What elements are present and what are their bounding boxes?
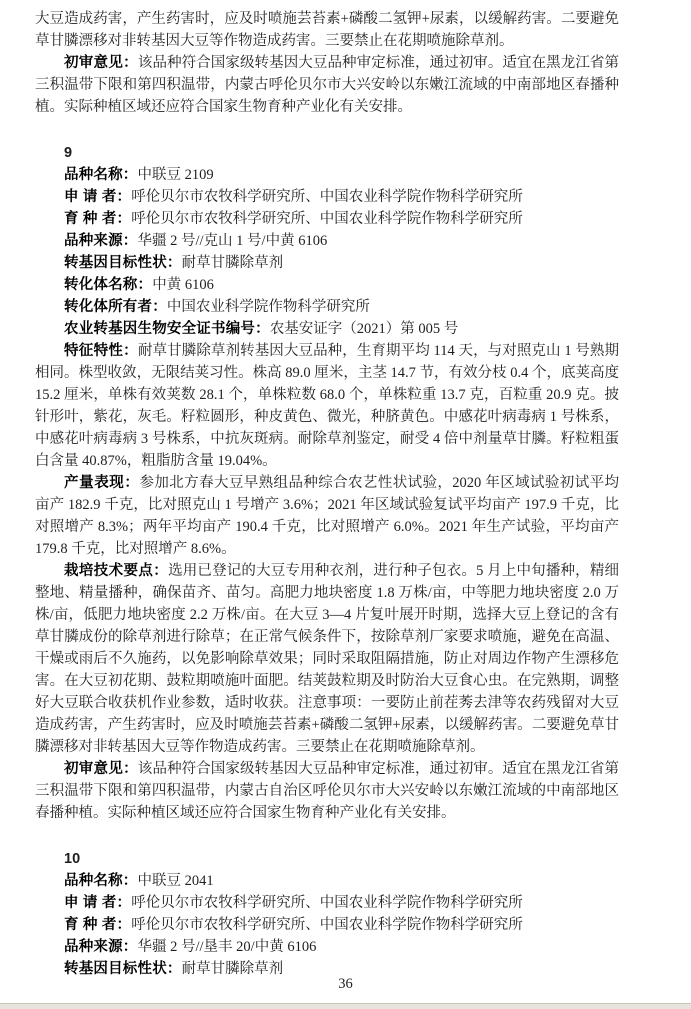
initial-review-paragraph: 初审意见：该品种符合国家级转基因大豆品种审定标准，通过初审。适宜在黑龙江省第三积… bbox=[35, 52, 619, 118]
field-biosafety-certificate-number: 农业转基因生物安全证书编号：农基安证字（2021）第 005 号 bbox=[64, 318, 619, 340]
field-breeder: 育 种 者：呼伦贝尔市农牧科学研究所、中国农业科学院作物科学研究所 bbox=[64, 914, 619, 936]
entry-number: 10 bbox=[64, 848, 619, 870]
field-applicant: 申 请 者：呼伦贝尔市农牧科学研究所、中国农业科学院作物科学研究所 bbox=[64, 892, 619, 914]
field-value: 农基安证字（2021）第 005 号 bbox=[270, 321, 459, 337]
paragraph-characteristics: 特征特性：耐草甘膦除草剂转基因大豆品种，生育期平均 114 天，与对照克山 1 … bbox=[35, 340, 619, 472]
field-label: 转化体名称： bbox=[64, 277, 152, 293]
field-value: 呼伦贝尔市农牧科学研究所、中国农业科学院作物科学研究所 bbox=[131, 917, 523, 933]
field-variety-source: 品种来源：华疆 2 号//垦丰 20/中黄 6106 bbox=[64, 936, 619, 958]
field-variety-source: 品种来源：华疆 2 号//克山 1 号/中黄 6106 bbox=[64, 230, 619, 252]
field-label: 农业转基因生物安全证书编号： bbox=[64, 321, 270, 337]
field-label: 育 种 者： bbox=[64, 917, 131, 933]
entry-number: 9 bbox=[64, 142, 619, 164]
paragraph-initial-review: 初审意见：该品种符合国家级转基因大豆品种审定标准，通过初审。适宜在黑龙江省第三积… bbox=[35, 758, 619, 824]
field-value: 中国农业科学院作物科学研究所 bbox=[167, 299, 370, 315]
field-label: 特征特性： bbox=[64, 343, 138, 359]
field-label: 转基因目标性状： bbox=[64, 961, 182, 977]
paragraph-yield-performance: 产量表现：参加北方春大豆早熟组品种综合农艺性状试验，2020 年区域试验初试平均… bbox=[35, 472, 619, 560]
field-value: 华疆 2 号//垦丰 20/中黄 6106 bbox=[138, 939, 317, 955]
field-transformation-event-name: 转化体名称：中黄 6106 bbox=[64, 274, 619, 296]
field-value: 华疆 2 号//克山 1 号/中黄 6106 bbox=[138, 233, 328, 249]
field-variety-name: 品种名称：中联豆 2109 bbox=[64, 164, 619, 186]
field-label: 品种来源： bbox=[64, 233, 138, 249]
field-label: 初审意见： bbox=[64, 55, 138, 71]
field-value: 中联豆 2109 bbox=[138, 167, 214, 183]
page-content: 大豆造成药害，产生药害时，应及时喷施芸苔素+磷酸二氢钾+尿素，以缓解药害。二要避… bbox=[0, 0, 691, 980]
field-label: 品种名称： bbox=[64, 873, 138, 889]
field-value: 呼伦贝尔市农牧科学研究所、中国农业科学院作物科学研究所 bbox=[131, 189, 523, 205]
field-value: 呼伦贝尔市农牧科学研究所、中国农业科学院作物科学研究所 bbox=[131, 895, 523, 911]
field-label: 初审意见： bbox=[64, 761, 138, 777]
field-value: 耐草甘膦除草剂 bbox=[182, 961, 284, 977]
field-value: 耐草甘膦除草剂 bbox=[182, 255, 284, 271]
field-gm-target-trait: 转基因目标性状：耐草甘膦除草剂 bbox=[64, 252, 619, 274]
field-value: 中联豆 2041 bbox=[138, 873, 214, 889]
document-page: 大豆造成药害，产生药害时，应及时喷施芸苔素+磷酸二氢钾+尿素，以缓解药害。二要避… bbox=[0, 0, 691, 1009]
variety-entry-10: 10 品种名称：中联豆 2041 申 请 者：呼伦贝尔市农牧科学研究所、中国农业… bbox=[35, 848, 619, 980]
paragraph-text: 选用已登记的大豆专用种衣剂，进行种子包衣。5 月上中旬播种，精细整地、精量播种，… bbox=[35, 563, 619, 755]
field-label: 申 请 者： bbox=[64, 895, 131, 911]
viewer-bottom-strip bbox=[0, 1003, 691, 1009]
field-label: 产量表现： bbox=[64, 475, 139, 491]
page-number: 36 bbox=[338, 976, 353, 992]
field-label: 栽培技术要点： bbox=[64, 563, 168, 579]
page-footer: 36 bbox=[0, 976, 691, 993]
field-variety-name: 品种名称：中联豆 2041 bbox=[64, 870, 619, 892]
field-label: 转基因目标性状： bbox=[64, 255, 182, 271]
field-label: 育 种 者： bbox=[64, 211, 131, 227]
field-applicant: 申 请 者：呼伦贝尔市农牧科学研究所、中国农业科学院作物科学研究所 bbox=[64, 186, 619, 208]
field-label: 申 请 者： bbox=[64, 189, 131, 205]
field-label: 品种名称： bbox=[64, 167, 138, 183]
field-value: 中黄 6106 bbox=[152, 277, 214, 293]
continuation-paragraph: 大豆造成药害，产生药害时，应及时喷施芸苔素+磷酸二氢钾+尿素，以缓解药害。二要避… bbox=[35, 8, 619, 52]
field-value: 呼伦贝尔市农牧科学研究所、中国农业科学院作物科学研究所 bbox=[131, 211, 523, 227]
variety-entry-9: 9 品种名称：中联豆 2109 申 请 者：呼伦贝尔市农牧科学研究所、中国农业科… bbox=[35, 142, 619, 824]
field-label: 转化体所有者： bbox=[64, 299, 167, 315]
paragraph-cultivation-techniques: 栽培技术要点：选用已登记的大豆专用种衣剂，进行种子包衣。5 月上中旬播种，精细整… bbox=[35, 560, 619, 758]
field-label: 品种来源： bbox=[64, 939, 138, 955]
field-transformation-event-owner: 转化体所有者：中国农业科学院作物科学研究所 bbox=[64, 296, 619, 318]
field-breeder: 育 种 者：呼伦贝尔市农牧科学研究所、中国农业科学院作物科学研究所 bbox=[64, 208, 619, 230]
paragraph-text: 耐草甘膦除草剂转基因大豆品种，生育期平均 114 天，与对照克山 1 号熟期相同… bbox=[35, 343, 619, 469]
